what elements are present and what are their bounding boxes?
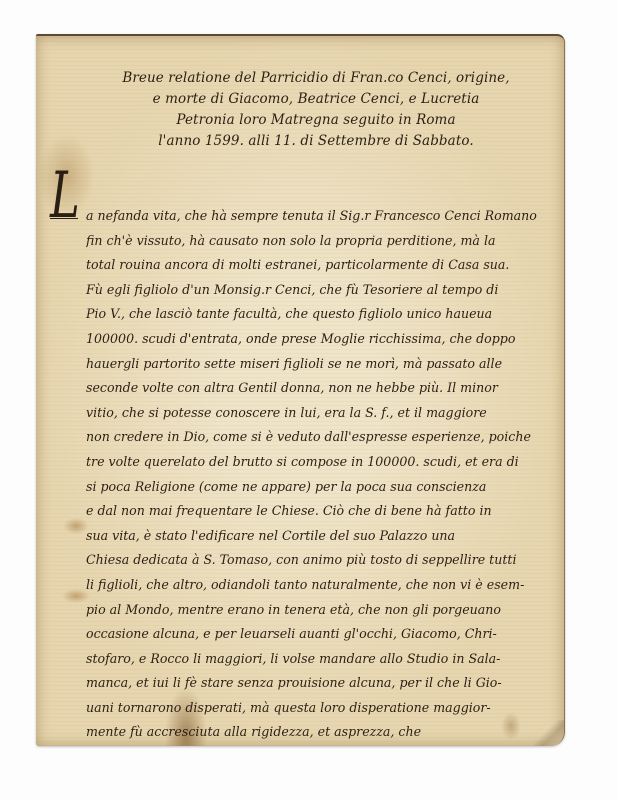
- body-line: non credere in Dio, come si è veduto dal…: [86, 425, 556, 450]
- body-line: li figlioli, che altro, odiandoli tanto …: [86, 573, 556, 598]
- title-line-1: Breue relatione del Parricidio di Fran.c…: [86, 68, 546, 89]
- worn-corner: [534, 720, 564, 746]
- body-line: tre volte querelato del brutto si compos…: [86, 450, 556, 475]
- body-line: Chiesa dedicata à S. Tomaso, con animo p…: [86, 548, 556, 573]
- body-line: hauergli partorito sette miseri figlioli…: [86, 352, 556, 377]
- body-line: mente fù accresciuta alla rigidezza, et …: [86, 720, 556, 745]
- body-line: e dal non mai frequentare le Chiese. Ciò…: [86, 499, 556, 524]
- body-line: 100000. scudi d'entrata, onde prese Mogl…: [86, 327, 556, 352]
- body-line: occasione alcuna, e per leuarseli auanti…: [86, 622, 556, 647]
- manuscript-page: Breue relatione del Parricidio di Fran.c…: [36, 34, 565, 746]
- body-line: manca, et iui li fè stare senza prouisio…: [86, 671, 556, 696]
- title-line-3: Petronia loro Matregna seguito in Roma: [86, 110, 546, 131]
- title-line-2: e morte di Giacomo, Beatrice Cenci, e Lu…: [86, 89, 546, 110]
- body-line: si poca Religione (come ne appare) per l…: [86, 475, 556, 500]
- body-line: vitio, che si potesse conoscere in lui, …: [86, 401, 556, 426]
- body-line: uani tornarono disperati, mà questa loro…: [86, 696, 556, 721]
- drop-cap-flourish: [50, 218, 78, 219]
- body-line: pio al Mondo, mentre erano in tenera età…: [86, 598, 556, 623]
- body-line: total rouina ancora di molti estranei, p…: [86, 253, 556, 278]
- title-line-4: l'anno 1599. alli 11. di Settembre di Sa…: [86, 131, 546, 152]
- manuscript-title: Breue relatione del Parricidio di Fran.c…: [86, 68, 546, 152]
- body-line: seconde volte con altra Gentil donna, no…: [86, 376, 556, 401]
- body-line: fin ch'è vissuto, hà causato non solo la…: [86, 229, 556, 254]
- manuscript-body: a nefanda vita, che hà sempre tenuta il …: [86, 204, 556, 745]
- body-line: sua vita, è stato l'edificare nel Cortil…: [86, 524, 556, 549]
- body-line: Fù egli figliolo d'un Monsig.r Cenci, ch…: [86, 278, 556, 303]
- body-line: Pio V., che lasciò tante facultà, che qu…: [86, 302, 556, 327]
- body-line: a nefanda vita, che hà sempre tenuta il …: [86, 204, 556, 229]
- body-line: stofaro, e Rocco li maggiori, li volse m…: [86, 647, 556, 672]
- page-background: Breue relatione del Parricidio di Fran.c…: [0, 0, 617, 800]
